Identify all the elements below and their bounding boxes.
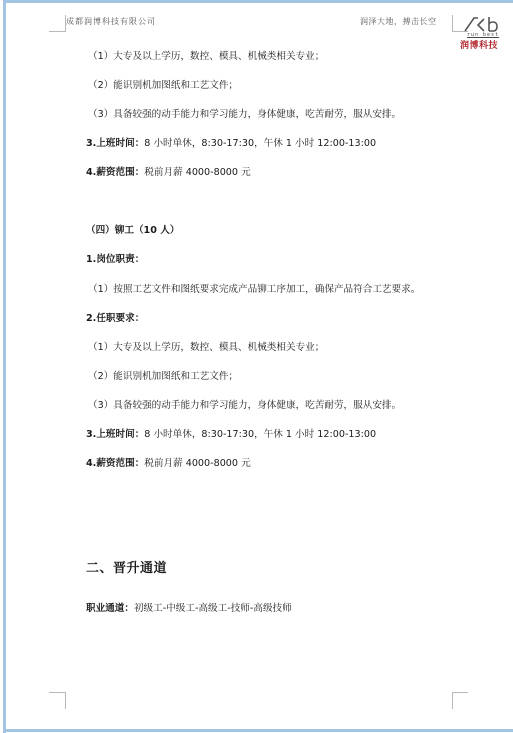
requirement-item: （1）大专及以上学历，数控、模具、机械类相关专业； (88, 342, 324, 354)
requirement-item: （3）具备较强的动手能力和学习能力，身体健康，吃苦耐劳，服从安排。 (88, 400, 401, 412)
header-company-name: 成都润博科技有限公司 (66, 16, 156, 27)
section-heading: 二、晋升通道 (86, 557, 167, 576)
page-border-left (3, 0, 6, 733)
page-border-top (3, 0, 513, 3)
work-time-value: 8 小时单休，8:30-17:30，午休 1 小时 12:00-13:00 (144, 138, 376, 149)
work-time-row: 3.上班时间：8 小时单休，8:30-17:30，午休 1 小时 12:00-1… (86, 138, 376, 150)
crop-mark-bottom-right-v (452, 692, 453, 709)
logo-chinese-name: 润博科技 (460, 38, 498, 51)
work-time-row: 3.上班时间：8 小时单休，8:30-17:30，午休 1 小时 12:00-1… (86, 429, 376, 441)
career-path-row: 职业通道：初级工-中级工-高级工-技师-高级技师 (86, 603, 292, 615)
crop-mark-bottom-right-h (452, 692, 468, 693)
requirement-item: （2）能识别机加图纸和工艺文件； (88, 80, 238, 92)
requirement-item: （1）大专及以上学历，数控、模具、机械类相关专业； (88, 51, 324, 63)
crop-mark-bottom-left-v (65, 692, 66, 709)
salary-label: 4.薪资范围： (86, 167, 144, 178)
career-path-value: 初级工-中级工-高级工-技师-高级技师 (134, 603, 292, 614)
work-time-label: 3.上班时间： (86, 429, 144, 440)
header-slogan: 润泽大地，搏击长空 (360, 16, 437, 27)
duty-item: （1）按照工艺文件和图纸要求完成产品铆工序加工，确保产品符合工艺要求。 (88, 284, 420, 296)
crop-mark-top-left-h (49, 31, 65, 32)
salary-value: 税前月薪 4000-8000 元 (144, 167, 250, 178)
salary-value: 税前月薪 4000-8000 元 (144, 458, 250, 469)
work-time-value: 8 小时单休，8:30-17:30，午休 1 小时 12:00-13:00 (144, 429, 376, 440)
requirement-label: 2.任职要求： (86, 313, 144, 325)
position-title: （四）铆工（10 人） (86, 225, 179, 237)
crop-mark-bottom-left-h (49, 692, 65, 693)
requirement-item: （3）具备较强的动手能力和学习能力，身体健康，吃苦耐劳，服从安排。 (88, 109, 401, 121)
page-border-bottom (3, 729, 513, 732)
crop-mark-top-right-v (452, 15, 453, 32)
salary-label: 4.薪资范围： (86, 458, 144, 469)
salary-row: 4.薪资范围：税前月薪 4000-8000 元 (86, 167, 251, 179)
salary-row: 4.薪资范围：税前月薪 4000-8000 元 (86, 458, 251, 470)
requirement-item: （2）能识别机加图纸和工艺文件； (88, 371, 238, 383)
work-time-label: 3.上班时间： (86, 138, 144, 149)
duty-label: 1.岗位职责： (86, 254, 144, 266)
career-path-label: 职业通道： (86, 603, 134, 614)
company-logo: run best 润博科技 (458, 16, 508, 50)
logo-rb-icon (462, 16, 498, 32)
